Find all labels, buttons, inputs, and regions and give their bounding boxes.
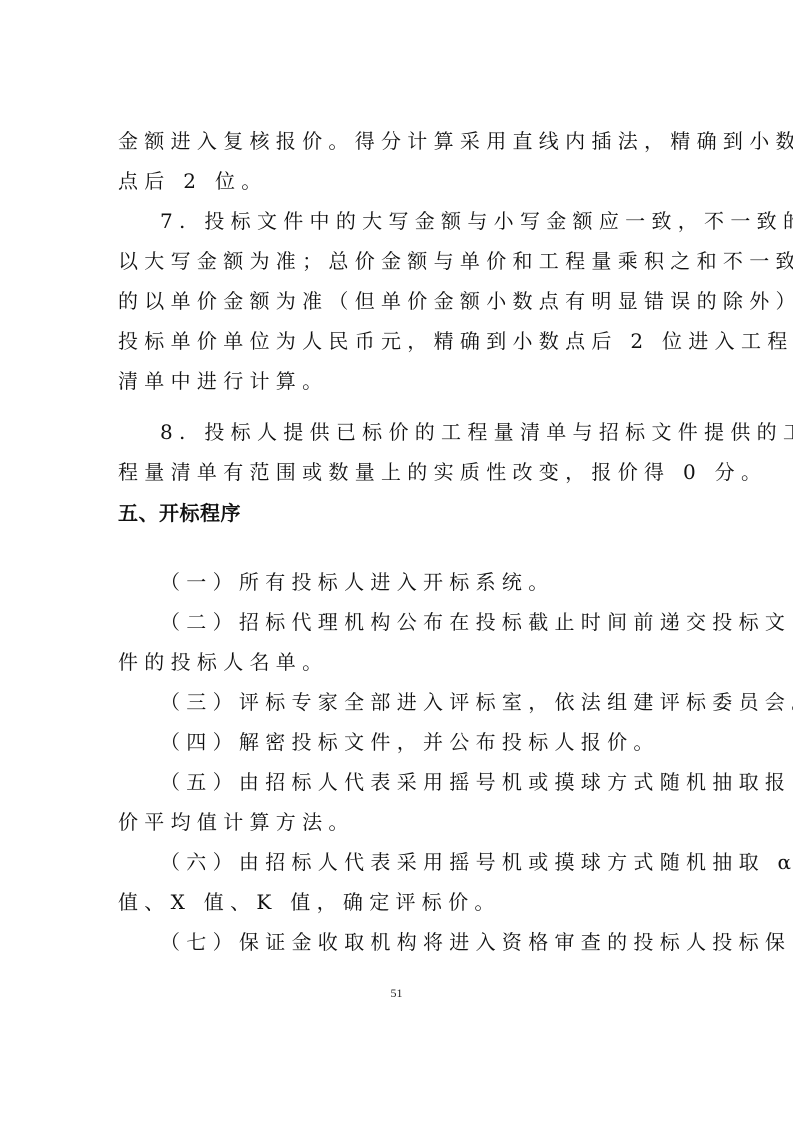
procedure-item-6: （六）由招标人代表采用摇号机或摸球方式随机抽取 α	[160, 842, 720, 882]
paragraph-7-line: 清单中进行计算。	[118, 361, 678, 401]
document-page: 金额进入复核报价。得分计算采用直线内插法，精确到小数 点后 2 位。 7. 投标…	[0, 0, 793, 1122]
procedure-item-6-cont: 值、X 值、K 值，确定评标价。	[118, 882, 678, 922]
procedure-item-3: （三）评标专家全部进入评标室，依法组建评标委员会。	[160, 682, 720, 722]
paragraph-7-line: 7. 投标文件中的大写金额与小写金额应一致，不一致的	[160, 201, 720, 241]
page-number: 51	[0, 986, 793, 1001]
procedure-item-2-cont: 件的投标人名单。	[118, 642, 678, 682]
section-heading: 五、开标程序	[118, 493, 241, 533]
paragraph-8-line: 8. 投标人提供已标价的工程量清单与招标文件提供的工	[160, 412, 720, 452]
paragraph-8-line: 程量清单有范围或数量上的实质性改变，报价得 0 分。	[118, 452, 678, 492]
paragraph-line: 点后 2 位。	[118, 161, 678, 201]
procedure-item-1: （一）所有投标人进入开标系统。	[160, 562, 720, 602]
procedure-item-7: （七）保证金收取机构将进入资格审查的投标人投标保	[160, 922, 720, 962]
paragraph-line: 金额进入复核报价。得分计算采用直线内插法，精确到小数	[118, 121, 678, 161]
procedure-item-2: （二）招标代理机构公布在投标截止时间前递交投标文	[160, 602, 720, 642]
procedure-item-4: （四）解密投标文件，并公布投标人报价。	[160, 722, 720, 762]
procedure-item-5-cont: 价平均值计算方法。	[118, 802, 678, 842]
procedure-item-5: （五）由招标人代表采用摇号机或摸球方式随机抽取报	[160, 762, 720, 802]
paragraph-7-line: 的以单价金额为准（但单价金额小数点有明显错误的除外）；	[118, 281, 678, 321]
paragraph-7-line: 以大写金额为准；总价金额与单价和工程量乘积之和不一致	[118, 241, 678, 281]
paragraph-7-line: 投标单价单位为人民币元，精确到小数点后 2 位进入工程量	[118, 321, 678, 361]
